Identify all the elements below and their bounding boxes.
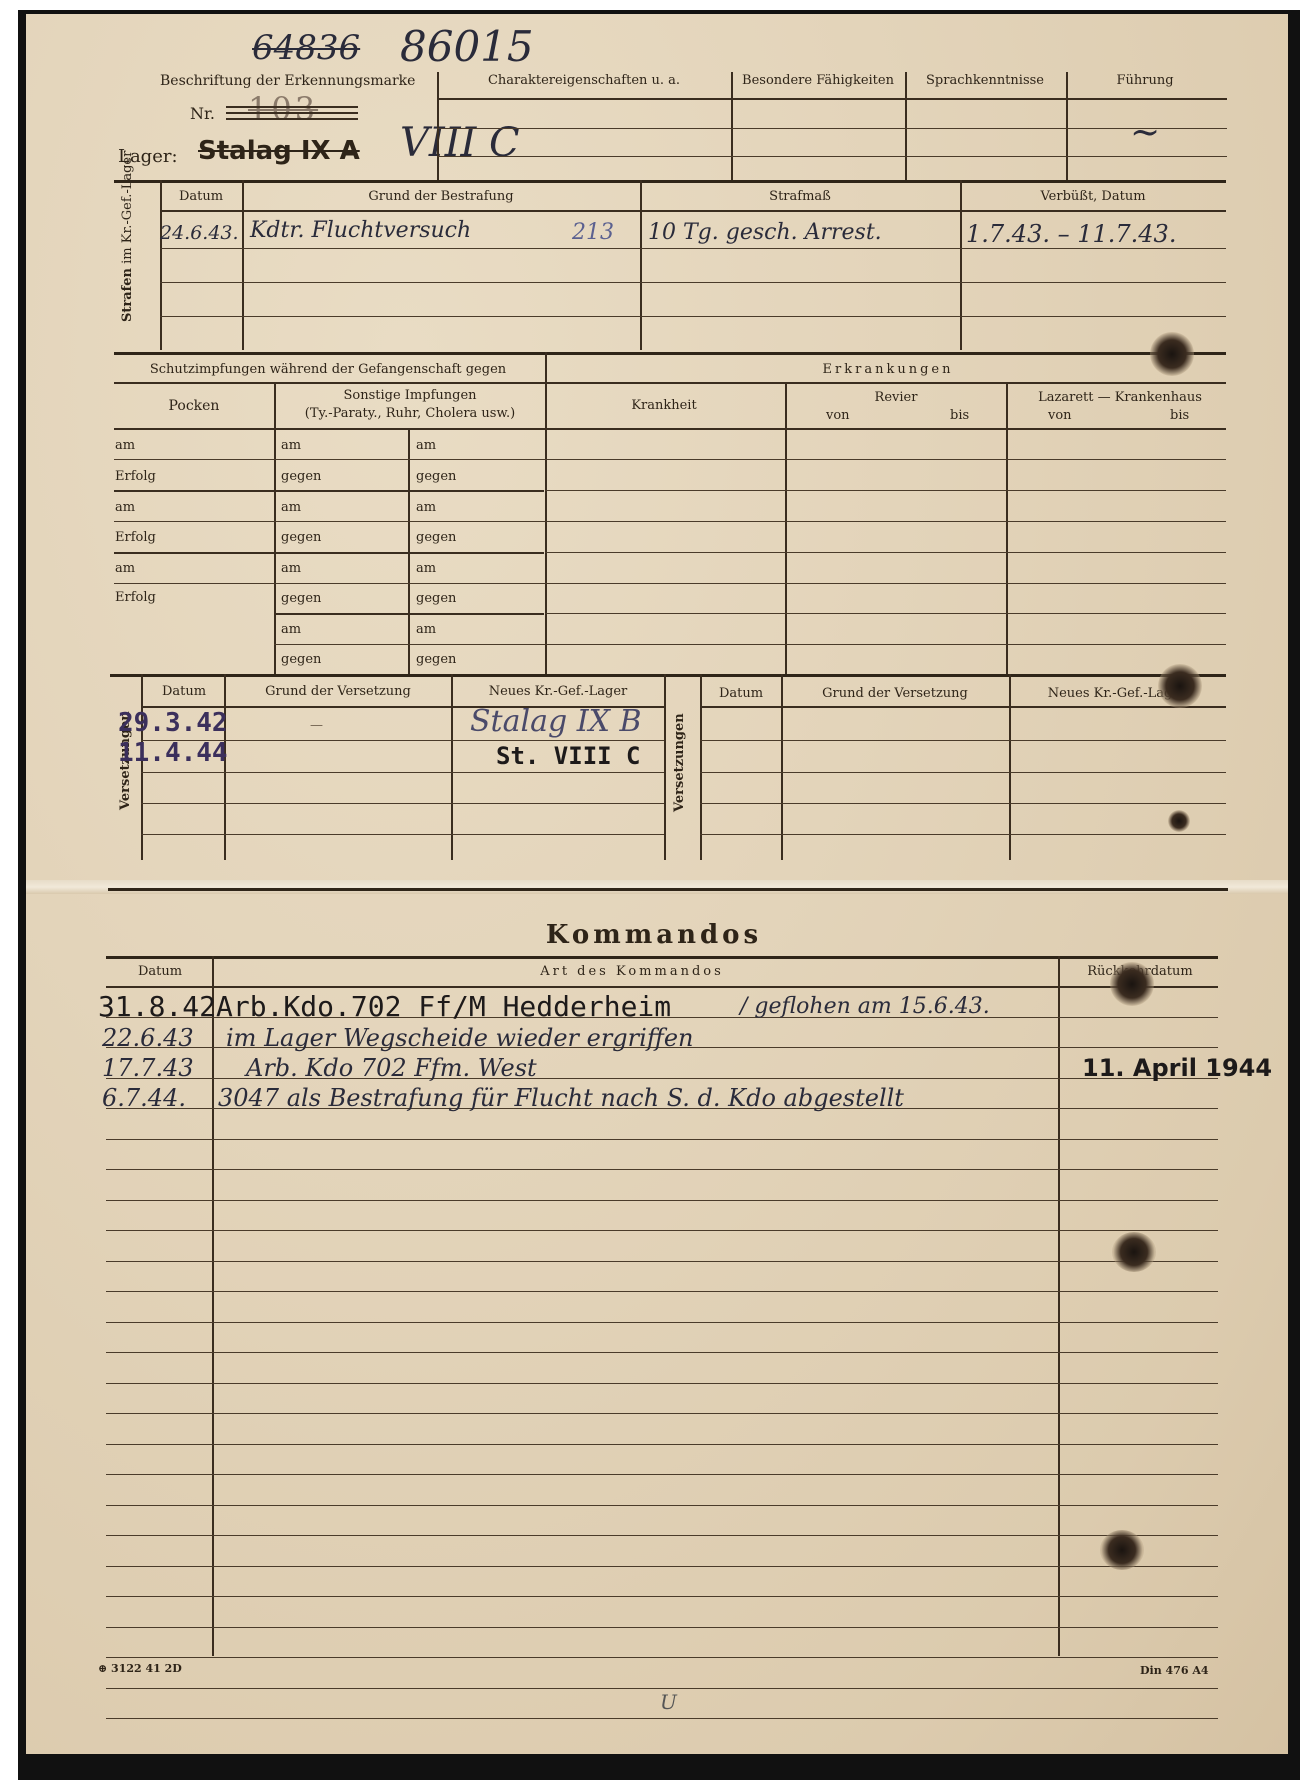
vers-col-lager-left: Neues Kr.-Gef.-Lager bbox=[489, 684, 628, 699]
versetzung-datum-2: 11.4.44 bbox=[118, 738, 228, 768]
versetzung-grund-1: — bbox=[310, 718, 323, 733]
col-revier: Revier bbox=[875, 390, 918, 405]
sonstige-b-am-1: am bbox=[416, 438, 436, 453]
sonstige-b-gegen-1: gegen bbox=[416, 469, 456, 484]
sonstige-a-am-1: am bbox=[281, 438, 301, 453]
lager-value-struck: Stalag IX A bbox=[198, 136, 360, 166]
punch-hole-5 bbox=[1112, 1232, 1156, 1272]
kdo-row-3-datum: 17.7.43 bbox=[102, 1054, 194, 1082]
col-pocken: Pocken bbox=[169, 398, 220, 414]
punch-hole-6 bbox=[1100, 1530, 1144, 1570]
versetzung-datum-1: 29.3.42 bbox=[118, 708, 228, 738]
sonstige-a-am-2: am bbox=[281, 500, 301, 515]
sonstige-b-am-4: am bbox=[416, 622, 436, 637]
kdo-row-1-art: Arb.Kdo.702 Ff/M Hedderheim bbox=[216, 990, 671, 1023]
col-sprachkenntnisse: Sprachkenntnisse bbox=[926, 73, 1044, 88]
lazarett-von: von bbox=[1048, 408, 1072, 423]
col-sonstige-sub: (Ty.-Paraty., Ruhr, Cholera usw.) bbox=[305, 406, 516, 421]
strafe-grund: Kdtr. Fluchtversuch bbox=[250, 218, 471, 243]
handwritten-mark: U bbox=[660, 1690, 677, 1714]
kdo-row-4-datum: 6.7.44. bbox=[102, 1084, 186, 1112]
sonstige-b-gegen-2: gegen bbox=[416, 530, 456, 545]
vers-col-datum-left: Datum bbox=[162, 684, 206, 699]
pocken-am-3: am bbox=[115, 561, 135, 576]
sonstige-b-gegen-3: gegen bbox=[416, 591, 456, 606]
kdo-row-1-datum: 31.8.42 bbox=[98, 990, 216, 1023]
kdo-col-art: Art des Kommandos bbox=[540, 964, 724, 979]
col-fuehrung: Führung bbox=[1116, 73, 1173, 88]
col-lazarett: Lazarett — Krankenhaus bbox=[1038, 390, 1202, 405]
strafen-col-strafmass: Strafmaß bbox=[769, 189, 831, 204]
prisoner-number-new: 86015 bbox=[400, 22, 534, 71]
pocken-am-1: am bbox=[115, 438, 135, 453]
kdo-col-datum: Datum bbox=[138, 964, 182, 979]
col-krankheit: Krankheit bbox=[631, 398, 696, 413]
sonstige-b-gegen-4: gegen bbox=[416, 652, 456, 667]
prisoner-number-old: 64836 bbox=[252, 28, 360, 68]
strafen-col-grund: Grund der Bestrafung bbox=[368, 189, 513, 204]
versetzung-lager-1: Stalag IX B bbox=[470, 704, 642, 739]
pocken-erfolg-3: Erfolg bbox=[115, 590, 156, 605]
sonstige-a-am-4: am bbox=[281, 622, 301, 637]
lazarett-bis: bis bbox=[1170, 408, 1189, 423]
print-code: ⊕ 3122 41 2D bbox=[98, 1662, 182, 1675]
sonstige-b-am-3: am bbox=[416, 561, 436, 576]
page-fold bbox=[26, 880, 1288, 894]
sonstige-b-am-2: am bbox=[416, 500, 436, 515]
kdo-row-3-art: Arb. Kdo 702 Ffm. West bbox=[246, 1054, 537, 1082]
fuehrung-mark: ~ bbox=[1130, 112, 1160, 153]
pocken-am-2: am bbox=[115, 500, 135, 515]
sonstige-a-gegen-4: gegen bbox=[281, 652, 321, 667]
punch-hole-3 bbox=[1168, 810, 1190, 832]
sonstige-a-gegen-3: gegen bbox=[281, 591, 321, 606]
strafe-verbuesst: 1.7.43. – 11.7.43. bbox=[966, 220, 1176, 248]
vers-col-grund-left: Grund der Versetzung bbox=[265, 684, 411, 699]
strafen-col-verbuesst: Verbüßt, Datum bbox=[1040, 189, 1145, 204]
strafen-col-datum: Datum bbox=[179, 189, 223, 204]
col-sonstige: Sonstige Impfungen bbox=[343, 388, 476, 403]
nr-label: Nr. bbox=[190, 104, 215, 123]
punch-hole-4 bbox=[1110, 962, 1154, 1006]
impfungen-title: Schutzimpfungen während der Gefangenscha… bbox=[150, 362, 506, 377]
col-faehigkeiten: Besondere Fähigkeiten bbox=[742, 73, 894, 88]
versetzungen-side-label-right: Versetzungen bbox=[672, 713, 687, 812]
kdo-row-2-datum: 22.6.43 bbox=[102, 1024, 194, 1052]
sonstige-a-gegen-2: gegen bbox=[281, 530, 321, 545]
strafe-strafmass: 10 Tg. gesch. Arrest. bbox=[648, 220, 882, 245]
revier-von: von bbox=[826, 408, 850, 423]
erkrankungen-title: Erkrankungen bbox=[823, 362, 954, 377]
nr-value-struck: 103 bbox=[248, 90, 318, 128]
lager-value-new: VIII C bbox=[400, 120, 520, 166]
kdo-row-1-note: / geflohen am 15.6.43. bbox=[740, 994, 990, 1019]
versetzung-lager-2: St. VIII C bbox=[496, 742, 641, 770]
col-charakter: Charaktereigenschaften u. a. bbox=[488, 73, 680, 88]
strafe-datum: 24.6.43. bbox=[160, 222, 239, 244]
vers-col-grund-right: Grund der Versetzung bbox=[822, 686, 968, 701]
pocken-erfolg-1: Erfolg bbox=[115, 469, 156, 484]
printer-mark-icon: ⊕ bbox=[98, 1662, 111, 1675]
din-format: Din 476 A4 bbox=[1140, 1664, 1209, 1677]
erkennungsmarke-label: Beschriftung der Erkennungsmarke bbox=[160, 73, 415, 89]
vers-col-datum-right: Datum bbox=[719, 686, 763, 701]
sonstige-a-gegen-1: gegen bbox=[281, 469, 321, 484]
sonstige-a-am-3: am bbox=[281, 561, 301, 576]
punch-hole-2 bbox=[1158, 664, 1202, 708]
kommandos-title: Kommandos bbox=[546, 920, 762, 950]
punch-hole-1 bbox=[1150, 332, 1194, 376]
kdo-row-3-rueckkehr: 11. April 1944 bbox=[1082, 1054, 1272, 1082]
strafen-side-label: Strafen im Kr.-Gef.-Lager bbox=[120, 151, 135, 322]
pocken-erfolg-2: Erfolg bbox=[115, 530, 156, 545]
strafe-ref: 213 bbox=[572, 220, 614, 245]
kdo-row-4-art: 3047 als Bestrafung für Flucht nach S. d… bbox=[218, 1084, 904, 1112]
revier-bis: bis bbox=[950, 408, 969, 423]
kdo-row-2-art: im Lager Wegscheide wieder ergriffen bbox=[226, 1024, 693, 1052]
